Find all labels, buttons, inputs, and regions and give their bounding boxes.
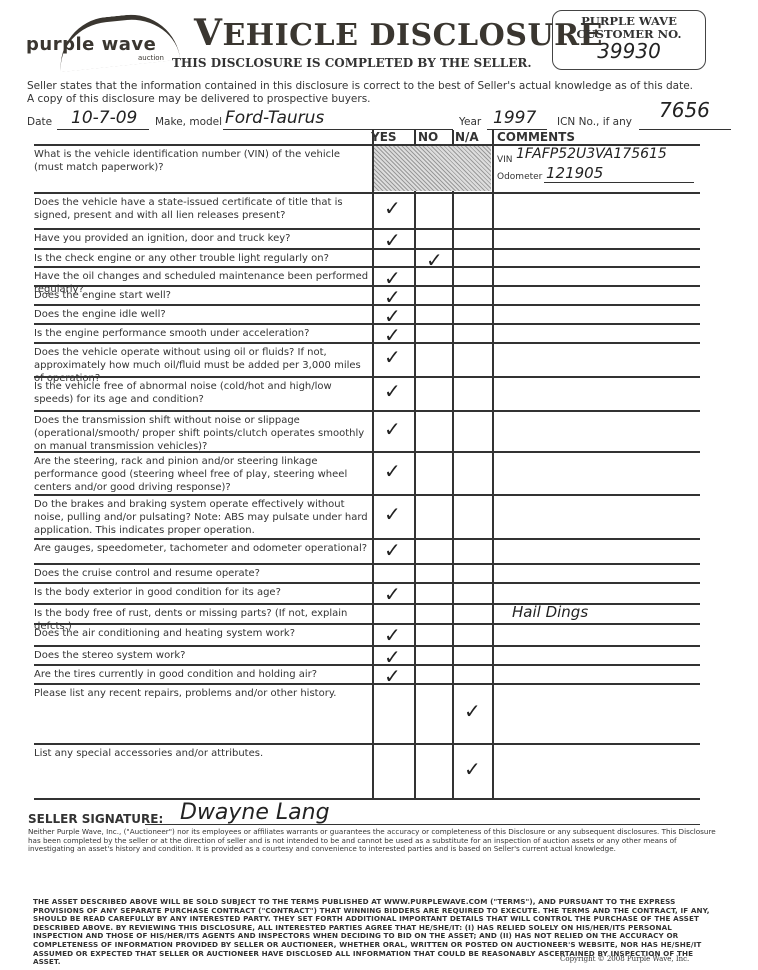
answer-yes-cell[interactable]: ✓ [374,625,413,644]
signature-scrawl: Dwayne Lang [180,800,330,825]
comment-field[interactable] [512,623,698,645]
row-divider [34,144,700,146]
answer-no-cell[interactable] [416,625,451,644]
answer-no-cell[interactable] [416,344,451,375]
comment-field[interactable] [512,494,698,538]
comment-field[interactable] [512,285,698,304]
answer-no-cell[interactable] [416,605,451,622]
checkmark-icon: ✓ [384,419,401,439]
header-na: N/A [455,130,479,144]
question-text: Does the engine idle well? [34,308,372,321]
vin-value[interactable]: 1FAFP52U3VA175615 [516,146,667,162]
answer-yes-cell[interactable] [374,250,413,265]
header-no: NO [418,130,438,144]
answer-yes-cell[interactable]: ✓ [374,378,413,409]
question-text: Does the transmission shift without nois… [34,414,372,453]
page-subtitle: THIS DISCLOSURE IS COMPLETED BY THE SELL… [172,56,532,70]
answer-yes-cell[interactable] [374,745,413,797]
answer-yes-cell[interactable]: ✓ [374,584,413,602]
question-text: Is the body exterior in good condition f… [34,586,372,599]
comment-field[interactable] [512,266,698,285]
checkmark-icon: ✓ [384,504,401,524]
copyright: Copyright © 2008 Purple Wave, Inc. [560,955,689,963]
answer-na-cell[interactable] [454,194,491,227]
question-text: Does the cruise control and resume opera… [34,567,372,580]
answer-no-cell [416,146,451,191]
answer-na-cell[interactable]: ✓ [454,745,491,797]
answer-no-cell[interactable] [416,685,451,742]
answer-no-cell[interactable] [416,325,451,341]
question-text: Are the tires currently in good conditio… [34,668,372,681]
answer-yes-cell[interactable] [374,565,413,581]
comment-field[interactable] [512,192,698,228]
question-text: Does the engine start well? [34,289,372,302]
disclaimer-text: Neither Purple Wave, Inc., ("Auctioneer"… [28,828,718,854]
answer-na-cell [454,146,491,191]
answer-no-cell[interactable] [416,378,451,409]
logo-text: purple wave [26,34,156,55]
answer-no-cell[interactable] [416,745,451,797]
question-text: List any special accessories and/or attr… [34,747,372,760]
answer-na-cell[interactable] [454,325,491,341]
answer-yes-cell[interactable]: ✓ [374,453,413,493]
checkmark-icon: ✓ [384,584,401,604]
answer-yes-cell[interactable]: ✓ [374,344,413,375]
answer-no-cell[interactable] [416,453,451,493]
answer-na-cell[interactable] [454,378,491,409]
logo-subtext: auction [138,54,164,62]
answer-no-cell[interactable] [416,306,451,322]
odometer-value[interactable]: 121905 [546,164,603,182]
answer-no-cell[interactable] [416,230,451,247]
answer-no-cell[interactable] [416,412,451,450]
header-yes: YES [371,130,397,144]
question-text: Do the brakes and braking system operate… [34,498,372,537]
odometer-label: Odometer [497,172,542,182]
answer-na-cell[interactable] [454,268,491,284]
checkmark-icon: ✓ [384,347,401,367]
comment-field[interactable] [512,410,698,451]
icn-value: 7656 [659,98,710,122]
answer-na-cell[interactable]: ✓ [454,685,491,742]
title-cap: V [194,12,222,54]
question-text: Is the check engine or any other trouble… [34,252,372,265]
answer-yes-cell [374,146,413,191]
checkmark-icon: ✓ [384,625,401,645]
answer-yes-cell[interactable]: ✓ [374,194,413,227]
answer-no-cell[interactable] [416,647,451,663]
intro-line-2: A copy of this disclosure may be deliver… [27,93,747,106]
comment-field[interactable] [512,563,698,582]
comment-field[interactable] [512,323,698,342]
question-text: Does the stereo system work? [34,649,372,662]
answer-no-cell[interactable] [416,565,451,581]
question-text: Have you provided an ignition, door and … [34,232,372,245]
row-divider [34,798,700,800]
vehicle-info-line: Date 10-7-09 Make, model Ford-Taurus Yea… [27,110,727,130]
answer-yes-cell[interactable]: ✓ [374,647,413,663]
answer-na-cell[interactable] [454,306,491,322]
question-text: Is the engine performance smooth under a… [34,327,372,340]
header-comments: COMMENTS [497,130,575,144]
answer-yes-cell[interactable]: ✓ [374,230,413,247]
date-label: Date [27,116,52,128]
checkmark-icon: ✓ [464,701,481,721]
comment-field[interactable] [512,304,698,323]
answer-na-cell[interactable] [454,250,491,265]
question-text: Does the vehicle have a state-issued cer… [34,196,372,222]
answer-na-cell[interactable] [454,496,491,537]
answer-no-cell[interactable] [416,584,451,602]
intro-text: Seller states that the information conta… [27,80,747,106]
make-model-label: Make, model [155,116,222,128]
comment-field[interactable] [512,228,698,248]
answer-yes-cell[interactable]: ✓ [374,287,413,303]
intro-line-1: Seller states that the information conta… [27,80,747,93]
seller-signature-label: SELLER SIGNATURE: [28,812,163,826]
comment-field[interactable] [512,248,698,266]
answer-yes-cell[interactable]: ✓ [374,540,413,562]
answer-no-cell[interactable] [416,268,451,284]
answer-yes-cell[interactable] [374,605,413,622]
answer-na-cell[interactable] [454,287,491,303]
question-text: Are the steering, rack and pinion and/or… [34,455,372,494]
answer-na-cell[interactable] [454,540,491,562]
checkmark-icon: ✓ [464,759,481,779]
column-divider [492,130,494,798]
checkmark-icon: ✓ [384,198,401,218]
comment-field[interactable] [512,538,698,563]
answer-yes-cell[interactable]: ✓ [374,496,413,537]
answer-yes-cell[interactable] [374,685,413,742]
make-model-value: Ford-Taurus [225,108,324,128]
checkmark-icon: ✓ [384,540,401,560]
checkmark-icon: ✓ [384,230,401,250]
answer-na-cell[interactable] [454,453,491,493]
answer-na-cell[interactable] [454,584,491,602]
comment-field[interactable] [512,683,698,743]
comment-field[interactable]: Hail Dings [512,603,698,623]
answer-yes-cell[interactable]: ✓ [374,325,413,341]
question-text: Does the air conditioning and heating sy… [34,627,372,640]
answer-no-cell[interactable] [416,194,451,227]
comment-field[interactable] [512,743,698,798]
odometer-underline [544,182,694,183]
answer-na-cell[interactable] [454,647,491,663]
comment-field[interactable] [512,342,698,376]
purple-wave-logo: purple wave auction [20,14,160,64]
answer-na-cell[interactable] [454,412,491,450]
answer-no-cell[interactable]: ✓ [416,250,451,265]
seller-signature-line[interactable] [145,824,700,825]
answer-yes-cell[interactable]: ✓ [374,268,413,284]
answer-no-cell[interactable] [416,666,451,682]
customer-number[interactable]: 39930 [553,41,705,61]
question-text: Please list any recent repairs, problems… [34,687,372,700]
question-text: Is the vehicle free of abnormal noise (c… [34,380,372,406]
question-text: What is the vehicle identification numbe… [34,148,372,174]
comment-field[interactable] [512,376,698,410]
vin-label: VIN [497,155,513,165]
date-value: 10-7-09 [71,108,137,128]
answer-no-cell[interactable] [416,496,451,537]
answer-na-cell[interactable] [454,605,491,622]
page-title: VEHICLE DISCLOSURE [194,12,603,54]
answer-no-cell[interactable] [416,540,451,562]
comment-field[interactable] [512,451,698,494]
icn-label: ICN No., if any [557,116,632,128]
answer-na-cell[interactable] [454,344,491,375]
answer-na-cell[interactable] [454,625,491,644]
checkmark-icon: ✓ [384,381,401,401]
answer-yes-cell[interactable]: ✓ [374,306,413,322]
question-text: Are gauges, speedometer, tachometer and … [34,542,372,555]
answer-na-cell[interactable] [454,230,491,247]
year-label: Year [459,116,481,128]
answer-yes-cell[interactable]: ✓ [374,412,413,450]
customer-number-box: PURPLE WAVE CUSTOMER NO. 39930 [552,10,706,70]
answer-na-cell[interactable] [454,565,491,581]
title-rest: EHICLE DISCLOSURE [222,18,602,53]
comment-field[interactable] [512,664,698,683]
answer-no-cell[interactable] [416,287,451,303]
year-value: 1997 [493,108,536,128]
comment-field[interactable] [512,582,698,603]
answer-yes-cell[interactable]: ✓ [374,666,413,682]
answer-na-cell[interactable] [454,666,491,682]
comment-field[interactable] [512,645,698,664]
checkmark-icon: ✓ [384,461,401,481]
